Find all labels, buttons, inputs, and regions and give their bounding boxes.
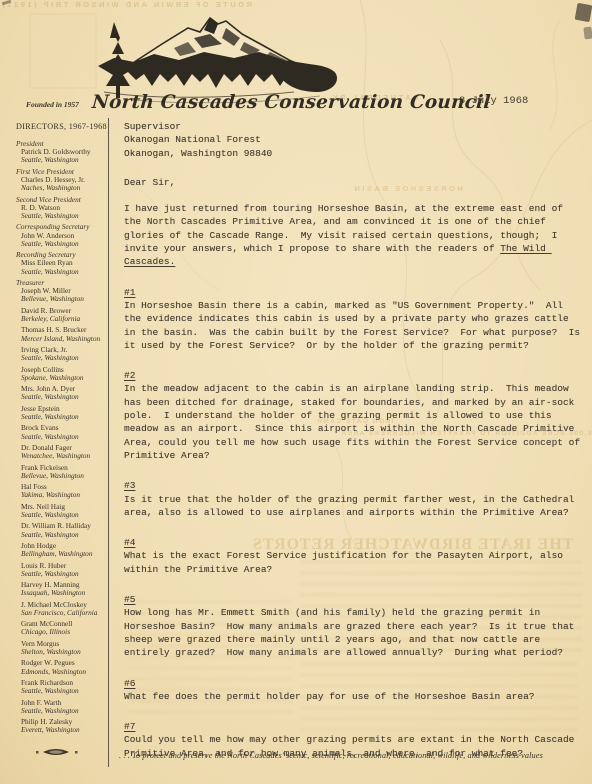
director-city: Chicago, Illinois	[16, 628, 107, 636]
director-city: Berkeley, California	[16, 315, 107, 323]
section-number: #3	[124, 479, 584, 492]
question-section: #3 Is it true that the holder of the gra…	[124, 479, 584, 519]
director-entry: Grant McConnell Chicago, Illinois	[16, 620, 107, 636]
director-entry: Frank Richardson Seattle, Washington	[16, 679, 107, 695]
director-city: Edmonds, Washington	[16, 668, 107, 676]
question-sections: #1 In Horseshoe Basin there is a cabin, …	[124, 286, 584, 760]
director-city: Bellingham, Washington	[16, 550, 107, 558]
founded-note: Founded in 1957	[26, 100, 79, 109]
organization-name: North Cascades Conservation Council	[91, 92, 352, 113]
director-entry: Irving Clark, Jr. Seattle, Washington	[16, 346, 107, 362]
director-city: Wenatchee, Washington	[16, 452, 107, 460]
recipient-line: Okanogan National Forest	[124, 133, 584, 146]
officer-list: President Patrick D. Goldsworthy Seattle…	[10, 140, 107, 304]
question-section: #6 What fee does the permit holder pay f…	[124, 677, 584, 704]
director-city: Seattle, Washington	[16, 687, 107, 695]
director-entry: Mrs. John A. Dyer Seattle, Washington	[16, 385, 107, 401]
section-text: What fee does the permit holder pay for …	[124, 690, 584, 703]
section-text: Is it true that the holder of the grazin…	[124, 493, 584, 520]
director-entry: Jesse Epstein Seattle, Washington	[16, 405, 107, 421]
director-entry: J. Michael McCloskey San Francisco, Cali…	[16, 601, 107, 617]
director-entry: Dr. Donald Fager Wenatchee, Washington	[16, 444, 107, 460]
director-city: Seattle, Washington	[16, 354, 107, 362]
section-text: In Horseshoe Basin there is a cabin, mar…	[124, 299, 584, 352]
director-entry: Vern Morgus Shelton, Washington	[16, 640, 107, 656]
intro-paragraph: I have just returned from touring Horses…	[124, 202, 584, 268]
director-entry: Philip H. Zalesky Everett, Washington	[16, 718, 107, 734]
officer-city: Naches, Washington	[16, 184, 107, 192]
officer-city: Seattle, Washington	[16, 156, 107, 164]
question-section: #4 What is the exact Forest Service just…	[124, 536, 584, 576]
director-entry: Hal Foss Yakima, Washington	[16, 483, 107, 499]
director-city: Everett, Washington	[16, 726, 107, 734]
director-city: San Francisco, California	[16, 609, 107, 617]
director-entry: Brock Evans Seattle, Washington	[16, 424, 107, 440]
letter-scan-page: CATHEDRAL PKHORSESHOE BASINIRON GATE CAM…	[0, 0, 592, 784]
officer-city: Seattle, Washington	[16, 240, 107, 248]
footer-motto: . . . To protect and preserve the North …	[119, 751, 585, 760]
salutation: Dear Sir,	[124, 176, 584, 189]
director-entry: Dr. William R. Halliday Seattle, Washing…	[16, 522, 107, 538]
question-section: #2 In the meadow adjacent to the cabin i…	[124, 369, 584, 462]
section-number: #2	[124, 369, 584, 382]
section-number: #1	[124, 286, 584, 299]
recipient-line: Okanogan, Washington 98840	[124, 147, 584, 160]
officer-city: Seattle, Washington	[16, 212, 107, 220]
director-city: Yakima, Washington	[16, 491, 107, 499]
director-entry: Mrs. Neil Haig Seattle, Washington	[16, 503, 107, 519]
question-section: #1 In Horseshoe Basin there is a cabin, …	[124, 286, 584, 352]
director-city: Mercer Island, Washington	[16, 335, 107, 343]
section-number: #4	[124, 536, 584, 549]
letter-date: 8 July 1968	[459, 95, 528, 107]
officer-city: Bellevue, Washington	[16, 295, 107, 303]
director-city: Issaquah, Washington	[16, 589, 107, 597]
director-city: Seattle, Washington	[16, 413, 107, 421]
section-text: In the meadow adjacent to the cabin is a…	[124, 382, 584, 462]
director-entry: Frank Fickeisen Bellevue, Washington	[16, 464, 107, 480]
director-city: Seattle, Washington	[16, 511, 107, 519]
officer-entry: Second Vice President R. D. Watson Seatt…	[16, 196, 107, 221]
director-city: Seattle, Washington	[16, 570, 107, 578]
directors-heading: DIRECTORS, 1967-1968	[16, 122, 107, 131]
section-text: How long has Mr. Emmett Smith (and his f…	[124, 606, 584, 659]
recipient-line: Supervisor	[124, 120, 584, 133]
section-text: What is the exact Forest Service justifi…	[124, 549, 584, 576]
director-city: Spokane, Washington	[16, 374, 107, 382]
director-entry: Joseph Collins Spokane, Washington	[16, 366, 107, 382]
director-entry: John Hodge Bellingham, Washington	[16, 542, 107, 558]
director-entry: Rodger W. Pegues Edmonds, Washington	[16, 659, 107, 675]
director-city: Seattle, Washington	[16, 531, 107, 539]
scan-artifact-mark	[583, 27, 592, 40]
officer-entry: Treasurer Joseph W. Miller Bellevue, Was…	[16, 279, 107, 304]
officer-entry: Recording Secretary Miss Eileen Ryan Sea…	[16, 251, 107, 276]
director-list: David R. Brower Berkeley, California Tho…	[10, 307, 107, 735]
scan-artifact-mark	[2, 0, 11, 5]
director-entry: Thomas H. S. Brucker Mercer Island, Wash…	[16, 326, 107, 342]
director-city: Bellevue, Washington	[16, 472, 107, 480]
director-entry: Harvey H. Manning Issaquah, Washington	[16, 581, 107, 597]
director-entry: John F. Warth Seattle, Washington	[16, 699, 107, 715]
director-city: Seattle, Washington	[16, 707, 107, 715]
director-city: Seattle, Washington	[16, 393, 107, 401]
section-number: #7	[124, 720, 584, 733]
director-city: Seattle, Washington	[16, 433, 107, 441]
sidebar-divider	[108, 118, 109, 767]
directors-sidebar: DIRECTORS, 1967-1968 President Patrick D…	[10, 122, 107, 738]
question-section: #5 How long has Mr. Emmett Smith (and hi…	[124, 593, 584, 659]
officer-entry: First Vice President Charles D. Hessey, …	[16, 168, 107, 193]
section-number: #6	[124, 677, 584, 690]
officer-city: Seattle, Washington	[16, 268, 107, 276]
director-city: Shelton, Washington	[16, 648, 107, 656]
printers-ornament-icon	[32, 747, 82, 757]
officer-entry: President Patrick D. Goldsworthy Seattle…	[16, 140, 107, 165]
letter-body: Supervisor Okanogan National Forest Okan…	[124, 120, 584, 760]
officer-entry: Corresponding Secretary John W. Anderson…	[16, 223, 107, 248]
scan-artifact-mark	[575, 3, 592, 22]
director-entry: Louis R. Huber Seattle, Washington	[16, 562, 107, 578]
director-entry: David R. Brower Berkeley, California	[16, 307, 107, 323]
section-number: #5	[124, 593, 584, 606]
